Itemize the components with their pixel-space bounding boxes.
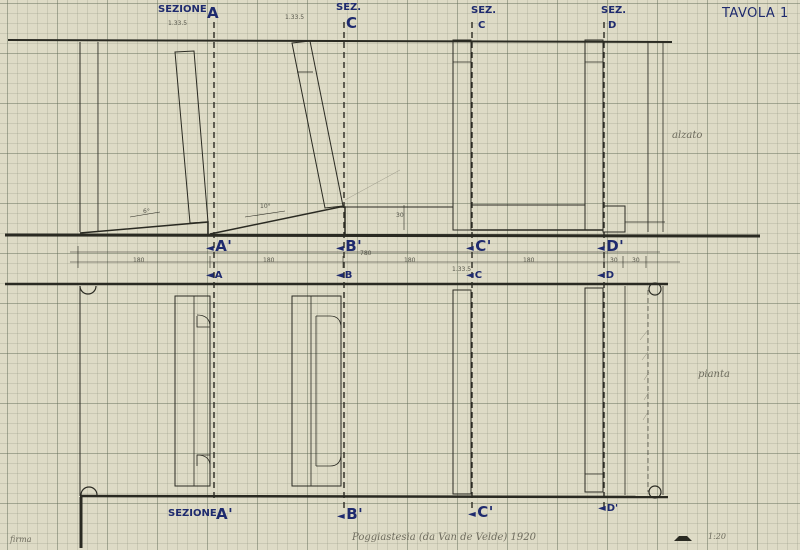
- slope-label-1: 6°: [143, 208, 150, 215]
- slope-label-2: 10°: [260, 203, 271, 210]
- dimension-seg-5: 30: [610, 257, 618, 264]
- technical-drawing: [0, 0, 800, 550]
- step-height-label: 30: [396, 212, 404, 219]
- section-d-plan: ◄D: [597, 270, 614, 281]
- section-a-prime-elevation: ◄A': [206, 237, 232, 255]
- dimension-seg-3: 180: [404, 257, 415, 264]
- section-c-plan: ◄C: [466, 270, 482, 281]
- annotation-top-2: 1.33.5: [285, 14, 304, 21]
- section-a-prime-plan-prefix: SEZIONE: [168, 508, 217, 519]
- plan-view-label: pianta: [698, 369, 730, 380]
- elevation-view-label: alzato: [672, 130, 702, 141]
- overall-dimension: 780: [360, 250, 371, 257]
- dimension-seg-4: 180: [523, 257, 534, 264]
- section-a-plan: ◄A: [206, 270, 222, 281]
- section-b-prime-plan: ◄B': [337, 505, 363, 523]
- elevation-top-line: [8, 40, 672, 42]
- section-c-prefix: SEZ.: [471, 5, 496, 16]
- elevation-ground-line: [5, 235, 760, 236]
- section-c-letter: C: [478, 20, 485, 31]
- section-a-prime-plan: A': [216, 505, 233, 523]
- section-b-letter: C: [346, 14, 358, 32]
- dimension-seg-1: 180: [133, 257, 144, 264]
- dimension-seg-2: 180: [263, 257, 274, 264]
- section-d-letter: D: [608, 20, 616, 31]
- section-c-prime-elevation: ◄C': [466, 237, 492, 255]
- section-b-prime-elevation: ◄B': [336, 237, 362, 255]
- dimension-seg-6: 30: [632, 257, 640, 264]
- section-b-prefix: SEZ.: [336, 2, 361, 13]
- section-b-plan: ◄B: [336, 270, 352, 281]
- plan-bottom-line: [80, 496, 668, 497]
- annotation-top-1: 1.33.5: [168, 20, 187, 27]
- section-d-prime-elevation: ◄D': [597, 237, 624, 255]
- section-d-prime-plan: ◄D': [598, 503, 618, 514]
- section-a-prefix: SEZIONE: [158, 4, 207, 15]
- section-c-prime-plan: ◄C': [468, 503, 494, 521]
- section-a-letter: A: [207, 4, 219, 22]
- scale-label: 1:20: [708, 532, 726, 541]
- drawing-caption: Poggiastesia (da Van de Velde) 1920: [352, 532, 536, 543]
- sheet-title: TAVOLA 1: [722, 6, 789, 21]
- section-d-prefix: SEZ.: [601, 5, 626, 16]
- signature: firma: [10, 535, 32, 544]
